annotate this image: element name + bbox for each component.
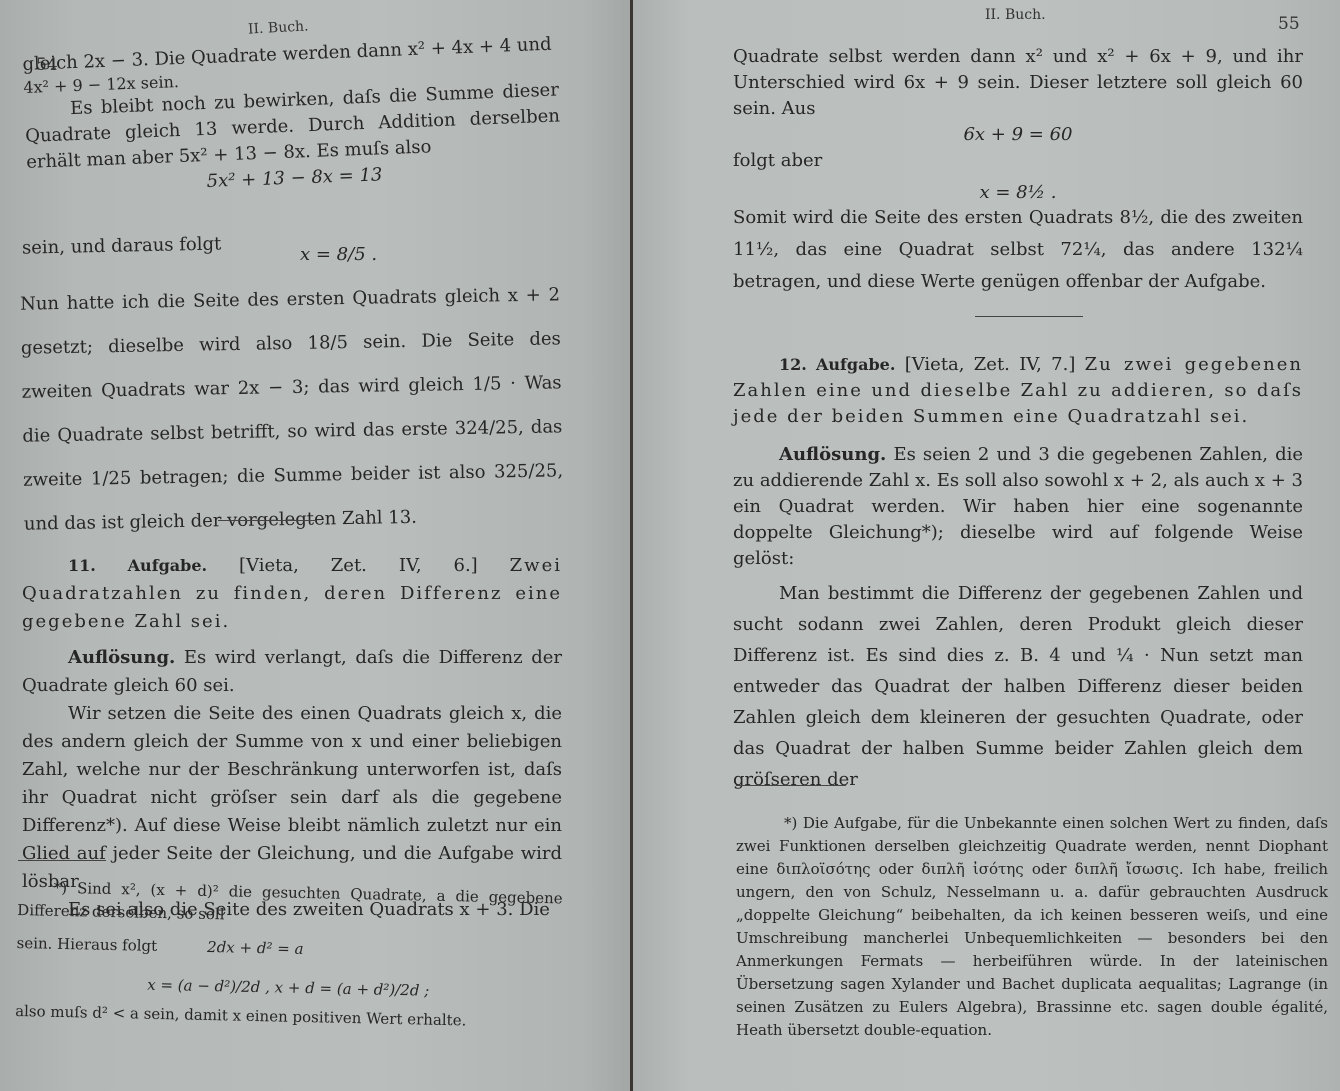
left-footnote-follows: sein. Hieraus folgt <box>16 934 157 955</box>
right-follows-label: folgt aber <box>733 148 1303 174</box>
left-top-block: gleich 2x − 3. Die Quadrate werden dann … <box>22 31 562 201</box>
left-para-setup: Wir setzen die Seite des einen Quadrats … <box>22 700 562 896</box>
left-equation-2: x = 8/5 . <box>300 240 377 270</box>
right-para-top: Quadrate selbst werden dann x² und x² + … <box>733 44 1303 122</box>
footnote-divider-left <box>18 860 106 861</box>
problem-11-block: 11. Aufgabe. [Vieta, Zet. IV, 6.] Zwei Q… <box>22 552 562 924</box>
problem-12-reference: [Vieta, Zet. IV, 7.] <box>905 354 1076 375</box>
right-running-head: II. Buch. <box>985 7 1046 23</box>
left-running-head: II. Buch. <box>248 18 309 37</box>
footnote-divider-right <box>736 785 846 786</box>
problem-11-number: 11. Aufgabe. <box>68 556 207 575</box>
right-page-number: 55 <box>1278 14 1300 34</box>
book-spread: II. Buch. 54 gleich 2x − 3. Die Quadrate… <box>0 0 1340 1091</box>
right-solution-label: Auflösung. <box>779 444 886 465</box>
right-para-result: Somit wird die Seite des ersten Quadrats… <box>733 202 1303 298</box>
problem-12-block: 12. Aufgabe. [Vieta, Zet. IV, 7.] Zu zwe… <box>733 352 1303 795</box>
right-equation-1: 6x + 9 = 60 <box>733 122 1303 148</box>
problem-12-number: 12. Aufgabe. <box>779 355 895 374</box>
right-para-result-block: Somit wird die Seite des ersten Quadrats… <box>733 202 1303 298</box>
right-footnote-text: *) Die Aufgabe, für die Unbekannte einen… <box>736 812 1328 1042</box>
right-para-method: Man bestimmt die Differenz der gegebenen… <box>733 578 1303 795</box>
left-footnote: *) Sind x², (x + d)² die gesuchten Quadr… <box>15 876 563 1034</box>
left-solution-label: Auflösung. <box>68 647 175 668</box>
left-result-text: Nun hatte ich die Seite des ersten Quadr… <box>20 273 565 546</box>
right-top-block: Quadrate selbst werden dann x² und x² + … <box>733 44 1303 206</box>
section-divider-left <box>218 520 316 521</box>
problem-11-reference: [Vieta, Zet. IV, 6.] <box>239 555 478 576</box>
section-divider-right <box>975 316 1083 317</box>
right-footnote: *) Die Aufgabe, für die Unbekannte einen… <box>736 812 1328 1042</box>
left-footnote-equation-1: 2dx + d² = a <box>207 938 304 958</box>
left-footnote-equation-2: x = (a − d²)/2d , x + d = (a + d²)/2d ; <box>16 971 561 1005</box>
left-para-result: Nun hatte ich die Seite des ersten Quadr… <box>20 273 565 546</box>
